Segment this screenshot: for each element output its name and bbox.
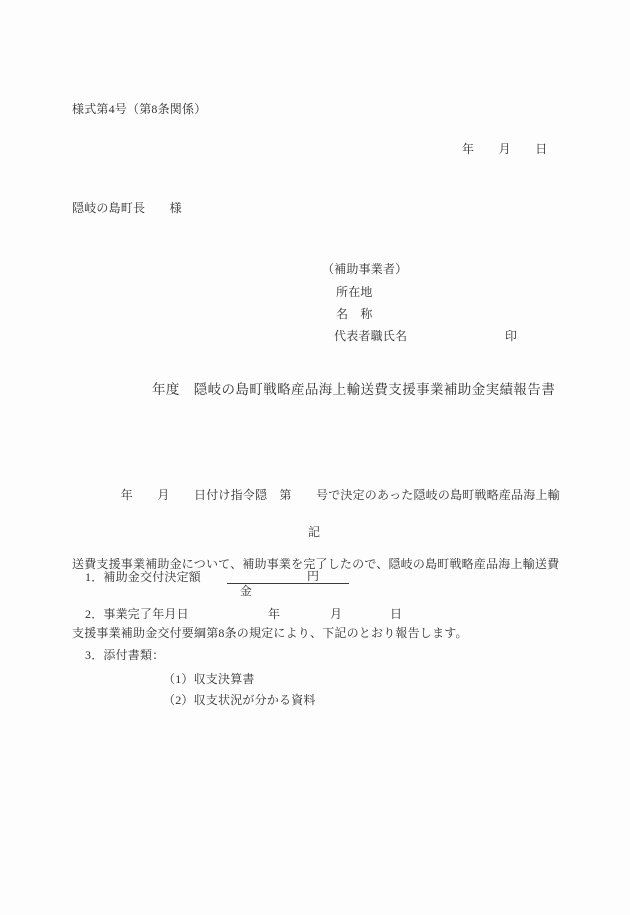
record-marker: 記 xyxy=(308,525,320,540)
item1-label: 1．補助金交付決定額 xyxy=(85,570,201,585)
item3-label: 3．添付書類： xyxy=(85,648,164,663)
completion-day-label: 日 xyxy=(390,607,402,622)
body-line-3: 支援事業補助金交付要綱第8条の規定により、下記のとおり報告します。 xyxy=(72,622,566,645)
document-page: 様式第4号（第8条関係） 年 月 日 隠岐の島町長 様 （補助事業者） 所在地 … xyxy=(0,0,630,915)
date-line: 年 月 日 xyxy=(462,142,547,157)
addressee-line: 隠岐の島町長 様 xyxy=(72,201,182,216)
attachment-item-2: （2）収支状況が分かる資料 xyxy=(163,693,316,708)
applicant-representative-label: 代表者職氏名 xyxy=(334,329,407,344)
body-line-1: 年 月 日付け指令隠 第 号で決定のあった隠岐の島町戦略産品海上輸 xyxy=(72,484,566,507)
attachment-item-1: （1）収支決算書 xyxy=(163,672,255,687)
seal-label: 印 xyxy=(505,329,517,344)
currency-suffix: 円 xyxy=(307,569,319,584)
completion-year-label: 年 xyxy=(268,607,280,622)
currency-prefix: 金 xyxy=(240,584,252,598)
completion-month-label: 月 xyxy=(330,607,342,622)
applicant-heading: （補助事業者） xyxy=(322,262,407,277)
item2-label: 2．事業完了年月日 xyxy=(85,607,189,622)
form-number: 様式第4号（第8条関係） xyxy=(72,102,206,117)
document-title: 年度 隠岐の島町戦略産品海上輸送費支援事業補助金実績報告書 xyxy=(152,382,555,397)
applicant-address-label: 所在地 xyxy=(336,285,373,300)
amount-blank-field: 金 円 xyxy=(227,569,349,584)
applicant-name-label: 名 称 xyxy=(336,307,373,322)
